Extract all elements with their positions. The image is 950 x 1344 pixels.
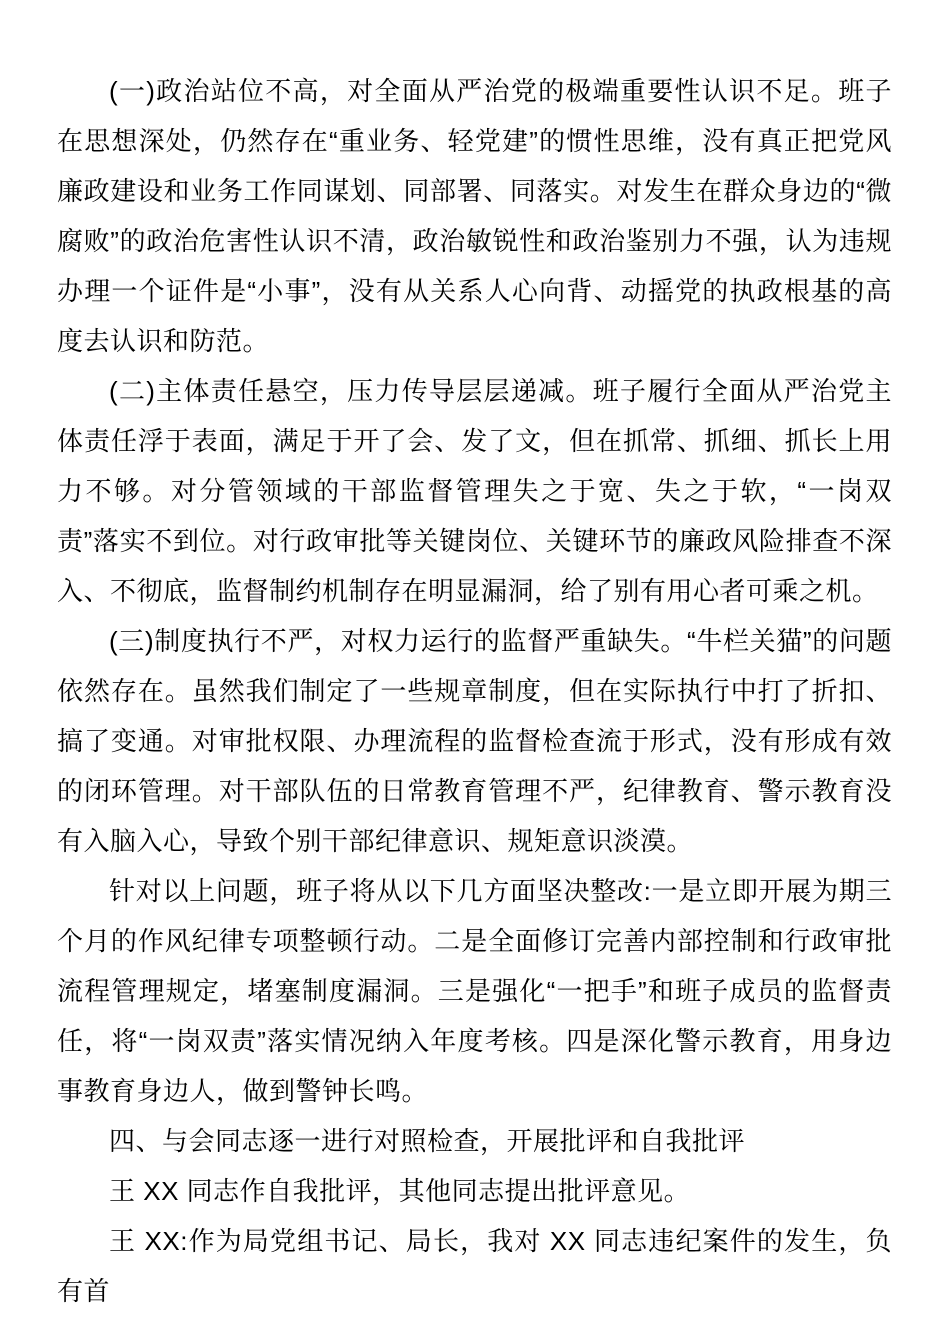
paragraph-problem-3: (三)制度执行不严，对权力运行的监督严重缺失。“牛栏关猫”的问题依然存在。虽然我… xyxy=(57,616,892,866)
paragraph-wang-statement: 王 XX:作为局党组书记、局长，我对 XX 同志违纪案件的发生，负有首 xyxy=(57,1216,892,1316)
paragraph-self-criticism-intro: 王 XX 同志作自我批评，其他同志提出批评意见。 xyxy=(57,1166,892,1216)
paragraph-problem-1: (一)政治站位不高，对全面从严治党的极端重要性认识不足。班子在思想深处，仍然存在… xyxy=(57,66,892,366)
paragraph-problem-2: (二)主体责任悬空，压力传导层层递减。班子履行全面从严治党主体责任浮于表面，满足… xyxy=(57,366,892,616)
section-heading-4: 四、与会同志逐一进行对照检查，开展批评和自我批评 xyxy=(57,1116,892,1166)
document-page: (一)政治站位不高，对全面从严治党的极端重要性认识不足。班子在思想深处，仍然存在… xyxy=(0,0,950,1344)
paragraph-rectification-measures: 针对以上问题，班子将从以下几方面坚决整改:一是立即开展为期三个月的作风纪律专项整… xyxy=(57,866,892,1116)
